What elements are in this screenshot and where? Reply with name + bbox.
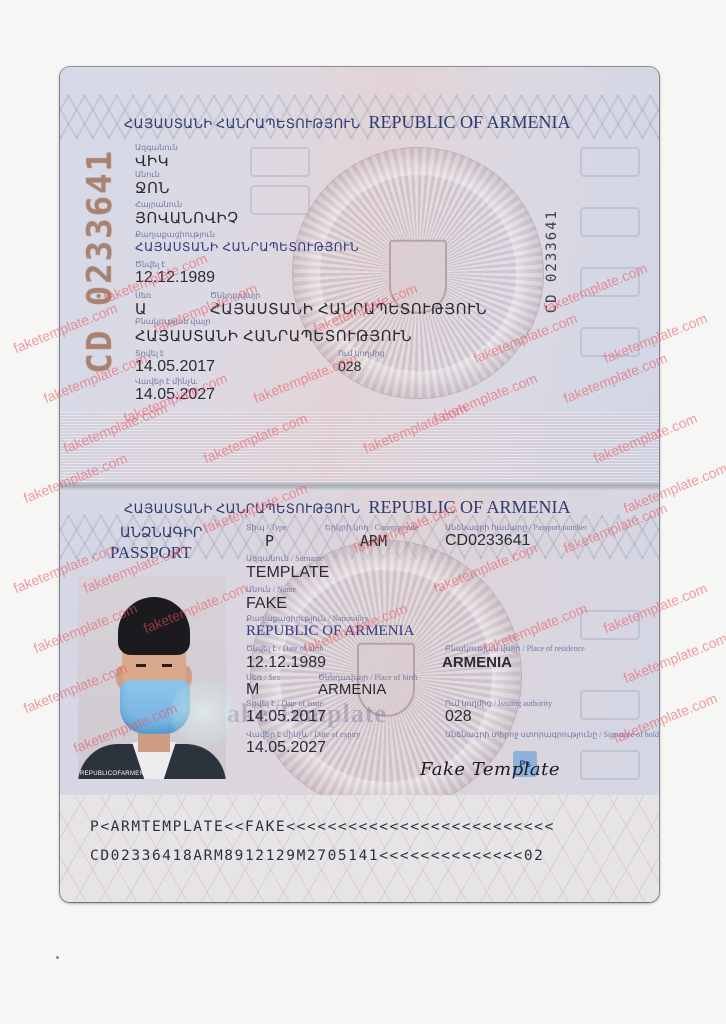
- mrz-line-1: P<ARMTEMPLATE<<FAKE<<<<<<<<<<<<<<<<<<<<<…: [90, 819, 555, 835]
- header-english: REPUBLIC OF ARMENIA: [368, 112, 570, 132]
- lower-page-header: ՀԱՅԱՍՏԱՆԻ ՀԱՆՐԱՊԵՏՈՒԹՅՈՒՆREPUBLIC OF ARM…: [124, 497, 571, 518]
- field-label: Ում կողմից: [338, 349, 385, 358]
- security-pattern: [250, 147, 310, 177]
- security-pattern: [580, 750, 640, 780]
- date-of-issue: 14.05.2017: [246, 708, 326, 726]
- issuing-authority: 028: [445, 708, 472, 726]
- field-label: Վավեր է մինչև: [135, 377, 197, 386]
- field-label: Սեռ: [135, 291, 151, 300]
- surname-armenian: ՎԻԿ: [135, 152, 169, 170]
- field-label: Բնակության վայր: [135, 317, 210, 326]
- field-label: Քաղաքացիություն: [135, 230, 215, 239]
- security-pattern: [580, 207, 640, 237]
- place-of-residence-armenian: ՀԱՅԱՍՏԱՆԻ ՀԱՆՐԱՊԵՏՈՒԹՅՈՒՆ: [135, 327, 412, 345]
- country-code-label: Երկրի կոդ / Country code: [325, 523, 418, 532]
- place-of-birth-armenian: ՀԱՅԱՍՏԱՆԻ ՀԱՆՐԱՊԵՏՈՒԹՅՈՒՆ: [210, 300, 487, 318]
- doe-label: Վավեր է մինչև / Date of expiry: [246, 730, 361, 739]
- signature-label: Անձնագրի տիրոջ ստորագրությունը / Signatu…: [445, 730, 659, 739]
- date-of-expiry: 14.05.2027: [246, 739, 326, 757]
- security-pattern: [580, 267, 640, 297]
- date-of-birth: 12.12.1989: [135, 269, 215, 287]
- field-label: Անուն: [135, 170, 160, 179]
- security-pattern: [250, 185, 310, 215]
- sex-armenian: Ա: [135, 300, 147, 318]
- upper-page-header: ՀԱՅԱՍՏԱՆԻ ՀԱՆՐԱՊԵՏՈՒԹՅՈՒՆREPUBLIC OF ARM…: [124, 112, 571, 133]
- vertical-passport-number: CD 0233641: [544, 209, 560, 313]
- authority-label: Ում կողմից / Issuing authority: [445, 699, 552, 708]
- hologram: [168, 677, 240, 749]
- doi-label: Տրվել է / Date of issue: [246, 699, 323, 708]
- place-of-residence: ARMENIA: [442, 654, 512, 671]
- holder-signature: Fake Template: [420, 759, 560, 780]
- security-pattern: [580, 327, 640, 357]
- passport-card: ՀԱՅԱՍՏԱՆԻ ՀԱՆՐԱՊԵՏՈՒԹՅՈՒՆREPUBLIC OF ARM…: [60, 67, 659, 902]
- passport-number-label: Անձնագրի համարը / Passport number: [445, 523, 587, 532]
- nationality-label: Քաղաքացիություն / Nationality: [246, 614, 368, 623]
- type-label: Տիպ / Type: [246, 523, 287, 532]
- security-pattern: [580, 147, 640, 177]
- scan-speck: [56, 956, 59, 959]
- security-pattern: [580, 690, 640, 720]
- date-of-issue: 14.05.2017: [135, 358, 215, 376]
- header-english: REPUBLIC OF ARMENIA: [368, 497, 570, 517]
- header-armenian: ՀԱՅԱՍՏԱՆԻ ՀԱՆՐԱՊԵՏՈՒԹՅՈՒՆ: [124, 501, 360, 516]
- country-code: ARM: [360, 532, 387, 550]
- mrz-line-2: CD02336418ARM8912129M2705141<<<<<<<<<<<<…: [90, 848, 545, 864]
- security-pattern: [580, 610, 640, 640]
- field-label: Ծնվել է: [135, 260, 165, 269]
- given-name-armenian: ՋՈՆ: [135, 179, 170, 197]
- document-type: P: [265, 532, 274, 550]
- header-armenian: ՀԱՅԱՍՏԱՆԻ ՀԱՆՐԱՊԵՏՈՒԹՅՈՒՆ: [124, 116, 360, 131]
- given-name: FAKE: [246, 595, 287, 613]
- coat-of-arms-emblem: [292, 147, 544, 399]
- date-of-birth: 12.12.1989: [246, 654, 326, 672]
- microtext-band: [60, 412, 659, 482]
- issuing-authority: 028: [338, 358, 361, 374]
- surname: TEMPLATE: [246, 564, 329, 582]
- photo-caption: REPUBLICOFARMEN: [80, 771, 144, 777]
- field-label: Ազգանուն: [135, 143, 178, 152]
- place-of-birth: ARMENIA: [318, 681, 386, 698]
- surname-label: Ազգանուն / Surname: [246, 554, 324, 563]
- nationality: REPUBLIC OF ARMENIA: [246, 623, 414, 640]
- citizenship-armenian: ՀԱՅԱՍՏԱՆԻ ՀԱՆՐԱՊԵՏՈՒԹՅՈՒՆ: [135, 240, 359, 254]
- field-label: Տրվել է: [135, 349, 164, 358]
- page-fold: [60, 482, 659, 490]
- perforated-number: CD 0233641: [80, 149, 120, 374]
- patronymic-armenian: ՅՈՎԱՆՈՎԻՉ: [135, 209, 238, 227]
- upper-data-page: ՀԱՅԱՍՏԱՆԻ ՀԱՆՐԱՊԵՏՈՒԹՅՈՒՆREPUBLIC OF ARM…: [60, 67, 659, 485]
- doc-title-english: PASSPORT: [110, 543, 192, 563]
- given-name-label: Անուն / Name: [246, 585, 296, 594]
- doc-title-armenian: ԱՆՁՆԱԳԻՐ: [120, 525, 203, 542]
- field-label: Ծննդավայր: [210, 291, 260, 300]
- field-label: Հայրանուն: [135, 200, 182, 209]
- dob-label: Ծնվել է / Date of birth: [246, 644, 324, 653]
- passport-number: CD0233641: [445, 532, 530, 550]
- sex: M: [246, 681, 259, 699]
- residence-label: Բնակության վայր / Place of residence: [445, 644, 585, 653]
- date-of-expiry: 14.05.2027: [135, 386, 215, 404]
